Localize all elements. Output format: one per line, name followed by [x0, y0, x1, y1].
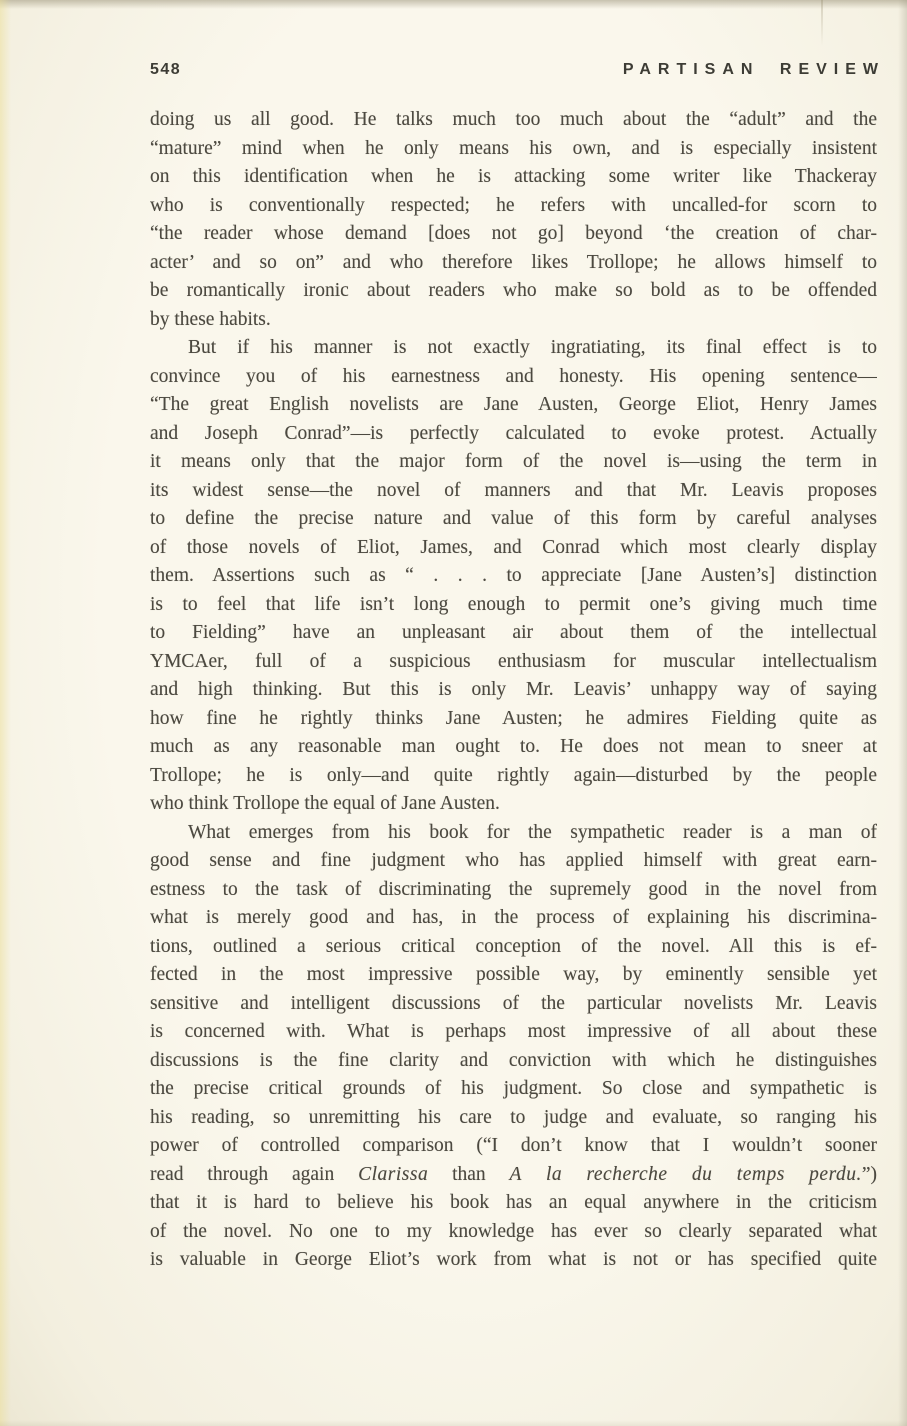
text-line: is to feel that life isn’t long enough t… — [150, 591, 877, 620]
text-line: estness to the task of discriminating th… — [150, 876, 877, 905]
text-line: is concerned with. What is perhaps most … — [150, 1018, 877, 1047]
text-line: power of controlled comparison (“I don’t… — [150, 1132, 877, 1161]
text-line: how fine he rightly thinks Jane Austen; … — [150, 705, 877, 734]
text-line: YMCAer, full of a suspicious enthusiasm … — [150, 648, 877, 677]
paragraph: doing us all good. He talks much too muc… — [150, 106, 877, 334]
text-line: and Joseph Conrad”—is perfectly calculat… — [150, 420, 877, 449]
text-line: of the novel. No one to my knowledge has… — [150, 1218, 877, 1247]
scan-crease — [821, 0, 823, 46]
running-head: 548 PARTISAN REVIEW — [150, 61, 878, 79]
text-line: his reading, so unremitting his care to … — [150, 1104, 877, 1133]
text-line: of those novels of Eliot, James, and Con… — [150, 534, 877, 563]
text-line: convince you of his earnestness and hone… — [150, 363, 877, 392]
scanned-book-page: 548 PARTISAN REVIEW doing us all good. H… — [0, 0, 907, 1426]
text-line: much as any reasonable man ought to. He … — [150, 733, 877, 762]
text-line: doing us all good. He talks much too muc… — [150, 106, 877, 135]
text-line: good sense and fine judgment who has app… — [150, 847, 877, 876]
text-line: sensitive and intelligent discussions of… — [150, 990, 877, 1019]
paragraph: What emerges from his book for the sympa… — [150, 819, 877, 1275]
text-line: who think Trollope the equal of Jane Aus… — [150, 790, 877, 819]
text-line: be romantically ironic about readers who… — [150, 277, 877, 306]
text-line: What emerges from his book for the sympa… — [150, 819, 877, 848]
page-number: 548 — [150, 61, 181, 79]
text-line: who is conventionally respected; he refe… — [150, 192, 877, 221]
text-line: to Fielding” have an unpleasant air abou… — [150, 619, 877, 648]
text-line: But if his manner is not exactly ingrati… — [150, 334, 877, 363]
text-line: the precise critical grounds of his judg… — [150, 1075, 877, 1104]
scan-edge-bottom — [0, 1420, 907, 1426]
paragraph: But if his manner is not exactly ingrati… — [150, 334, 877, 819]
text-line: by these habits. — [150, 306, 877, 335]
text-line: tions, outlined a serious critical conce… — [150, 933, 877, 962]
text-line: is valuable in George Eliot’s work from … — [150, 1246, 877, 1275]
text-line: what is merely good and has, in the proc… — [150, 904, 877, 933]
text-line: to define the precise nature and value o… — [150, 505, 877, 534]
text-line: its widest sense—the novel of manners an… — [150, 477, 877, 506]
text-line: discussions is the fine clarity and conv… — [150, 1047, 877, 1076]
text-line: fected in the most impressive possible w… — [150, 961, 877, 990]
text-line: and high thinking. But this is only Mr. … — [150, 676, 877, 705]
text-line: acter’ and so on” and who therefore like… — [150, 249, 877, 278]
text-line: that it is hard to believe his book has … — [150, 1189, 877, 1218]
scan-edge-left — [0, 0, 11, 1426]
text-line: read through again Clarissa than A la re… — [150, 1161, 877, 1190]
text-line: “the reader whose demand [does not go] b… — [150, 220, 877, 249]
journal-title: PARTISAN REVIEW — [623, 61, 885, 79]
text-line: “The great English novelists are Jane Au… — [150, 391, 877, 420]
scan-edge-right — [898, 0, 907, 1426]
text-line: Trollope; he is only—and quite rightly a… — [150, 762, 877, 791]
text-line: them. Assertions such as “ . . . to appr… — [150, 562, 877, 591]
text-line: on this identification when he is attack… — [150, 163, 877, 192]
text-line: “mature” mind when he only means his own… — [150, 135, 877, 164]
scan-edge-top — [0, 0, 907, 9]
text-line: it means only that the major form of the… — [150, 448, 877, 477]
body-text: doing us all good. He talks much too muc… — [150, 106, 877, 1275]
